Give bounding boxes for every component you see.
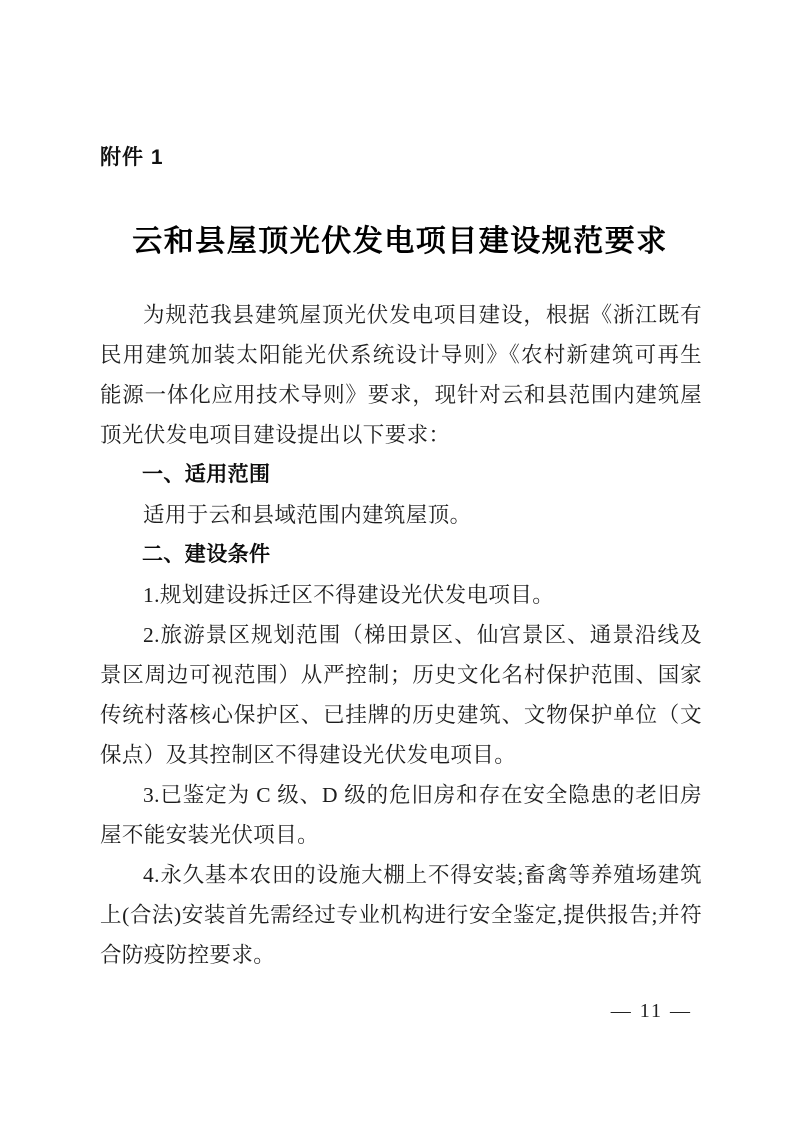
- section-2-heading: 二、建设条件: [100, 535, 702, 575]
- page-number: — 11 —: [611, 1000, 692, 1023]
- attachment-label: 附件 1: [100, 141, 164, 171]
- intro-paragraph: 为规范我县建筑屋顶光伏发电项目建设，根据《浙江既有民用建筑加装太阳能光伏系统设计…: [100, 295, 702, 455]
- section-1-heading: 一、适用范围: [100, 455, 702, 495]
- section-2-item-3: 3.已鉴定为 C 级、D 级的危旧房和存在安全隐患的老旧房屋不能安装光伏项目。: [100, 775, 702, 855]
- section-2-item-2: 2.旅游景区规划范围（梯田景区、仙宫景区、通景沿线及景区周边可视范围）从严控制；…: [100, 615, 702, 775]
- section-1-body: 适用于云和县域范围内建筑屋顶。: [100, 495, 702, 535]
- section-2-item-4: 4.永久基本农田的设施大棚上不得安装;畜禽等养殖场建筑上(合法)安装首先需经过专…: [100, 855, 702, 975]
- document-body: 为规范我县建筑屋顶光伏发电项目建设，根据《浙江既有民用建筑加装太阳能光伏系统设计…: [100, 295, 702, 975]
- document-page: 附件 1 云和县屋顶光伏发电项目建设规范要求 为规范我县建筑屋顶光伏发电项目建设…: [0, 0, 800, 1131]
- section-2-item-1: 1.规划建设拆迁区不得建设光伏发电项目。: [100, 575, 702, 615]
- document-title: 云和县屋顶光伏发电项目建设规范要求: [0, 216, 800, 260]
